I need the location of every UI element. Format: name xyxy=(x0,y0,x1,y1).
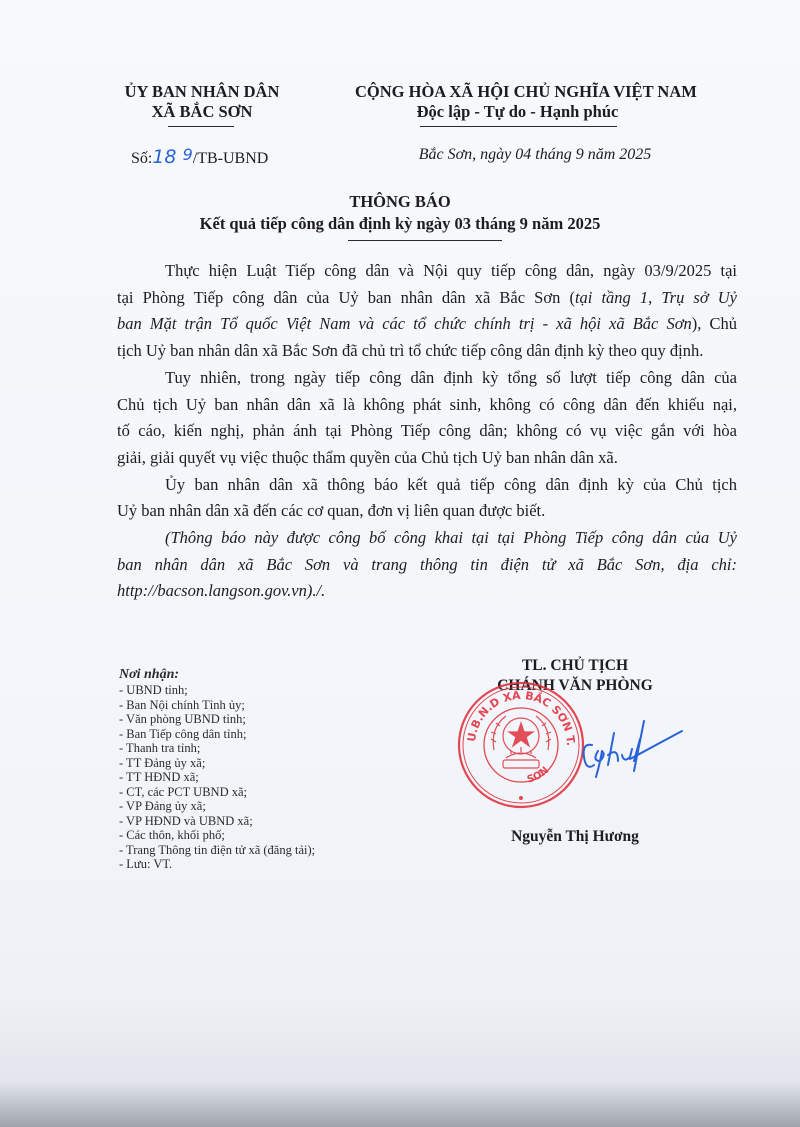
recipient-item: - Thanh tra tỉnh; xyxy=(119,741,315,756)
document-subtitle: Kết quả tiếp công dân định kỳ ngày 03 th… xyxy=(0,214,800,234)
paragraph-2: Tuy nhiên, trong ngày tiếp công dân định… xyxy=(117,365,737,472)
p1-line: ban Mặt trận Tổ quốc Việt Nam và các tổ … xyxy=(117,311,737,338)
recipient-item: - Trang Thông tin điện tử xã (đăng tải); xyxy=(119,843,315,858)
paragraph-1: Thực hiện Luật Tiếp công dân và Nội quy … xyxy=(117,258,737,365)
document-title: THÔNG BÁO xyxy=(0,192,800,212)
p1-italic: ban Mặt trận Tổ quốc Việt Nam và các tổ … xyxy=(117,314,692,333)
national-emblem-icon xyxy=(491,716,551,768)
signer-name: Nguyễn Thị Hương xyxy=(470,828,680,846)
handwritten-number: 18 9 xyxy=(152,146,192,168)
official-stamp-icon: U.B.N.D XÃ BẮC SƠN T.L SƠN xyxy=(456,680,586,810)
doc-number-suffix: /TB-UBND xyxy=(193,150,269,167)
p1-text: tại Phòng Tiếp công dân của Uỷ ban nhân … xyxy=(117,288,575,307)
recipient-item: - Các thôn, khối phố; xyxy=(119,828,315,843)
p3-line: Ủy ban nhân dân xã thông báo kết quả tiế… xyxy=(117,472,737,499)
recipient-item: - TT HĐND xã; xyxy=(119,770,315,785)
recipients-label: Nơi nhận: xyxy=(119,667,315,683)
document-body: Thực hiện Luật Tiếp công dân và Nội quy … xyxy=(117,258,737,605)
p1-italic: tại tầng 1, Trụ sở Uỷ xyxy=(575,288,737,307)
nation-line-2: Độc lập - Tự do - Hạnh phúc xyxy=(355,102,680,122)
paragraph-3: Ủy ban nhân dân xã thông báo kết quả tiế… xyxy=(117,472,737,525)
recipient-item: - Lưu: VT. xyxy=(119,857,315,872)
recipient-item: - VP Đảng ủy xã; xyxy=(119,799,315,814)
date-line: Bắc Sơn, ngày 04 tháng 9 năm 2025 xyxy=(390,146,680,164)
p2-line: giải, giải quyết vụ việc thuộc thẩm quyề… xyxy=(117,445,737,472)
agency-underline xyxy=(168,126,234,127)
p1-text: ), Chủ xyxy=(692,314,737,333)
p1-line: tịch Uỷ ban nhân dân xã Bắc Sơn đã chủ t… xyxy=(117,338,737,365)
p4-line: ban nhân dân xã Bắc Sơn và trang thông t… xyxy=(117,552,737,579)
recipient-item: - UBND tỉnh; xyxy=(119,683,315,698)
p2-line: Chủ tịch Uỷ ban nhân dân xã là không phá… xyxy=(117,392,737,419)
p1-line: tại Phòng Tiếp công dân của Uỷ ban nhân … xyxy=(117,285,737,312)
handwritten-sup: 9 xyxy=(183,145,193,164)
doc-number-prefix: Số: xyxy=(131,150,152,167)
handwritten-signature-icon xyxy=(578,715,688,785)
recipient-item: - VP HĐND và UBND xã; xyxy=(119,814,315,829)
recipient-item: - Ban Tiếp công dân tỉnh; xyxy=(119,727,315,742)
recipient-item: - TT Đảng ủy xã; xyxy=(119,756,315,771)
recipients-items: - UBND tỉnh;- Ban Nội chính Tỉnh ủy;- Vă… xyxy=(119,683,315,872)
document-number: Số:18 9/TB-UBND xyxy=(131,146,268,168)
p2-line: tố cáo, kiến nghị, phản ánh tại Phòng Ti… xyxy=(117,418,737,445)
recipient-item: - Ban Nội chính Tỉnh ủy; xyxy=(119,698,315,713)
p1-line: Thực hiện Luật Tiếp công dân và Nội quy … xyxy=(117,258,737,285)
paragraph-4: (Thông báo này được công bố công khai tạ… xyxy=(117,525,737,605)
p2-line: Tuy nhiên, trong ngày tiếp công dân định… xyxy=(117,365,737,392)
national-motto: CỘNG HÒA XÃ HỘI CHỦ NGHĨA VIỆT NAM Độc l… xyxy=(355,82,680,122)
recipient-item: - CT, các PCT UBND xã; xyxy=(119,785,315,800)
recipients-list: Nơi nhận: - UBND tỉnh;- Ban Nội chính Tỉ… xyxy=(119,667,315,872)
motto-underline xyxy=(420,126,617,127)
subtitle-underline xyxy=(348,240,502,241)
handwritten-digits: 18 xyxy=(152,146,176,168)
agency-line-2: XÃ BẮC SƠN xyxy=(102,102,302,122)
nation-line-1: CỘNG HÒA XÃ HỘI CHỦ NGHĨA VIỆT NAM xyxy=(355,82,680,102)
agency-line-1: ỦY BAN NHÂN DÂN xyxy=(102,82,302,102)
p4-line: (Thông báo này được công bố công khai tạ… xyxy=(117,525,737,552)
recipient-item: - Văn phòng UBND tỉnh; xyxy=(119,712,315,727)
p4-url: http://bacson.langson.gov.vn)./. xyxy=(117,578,737,605)
signer-role-1: TL. CHỦ TỊCH xyxy=(470,656,680,676)
issuing-agency: ỦY BAN NHÂN DÂN XÃ BẮC SƠN xyxy=(102,82,302,122)
p3-line: Uỷ ban nhân dân xã đến các cơ quan, đơn … xyxy=(117,498,737,525)
